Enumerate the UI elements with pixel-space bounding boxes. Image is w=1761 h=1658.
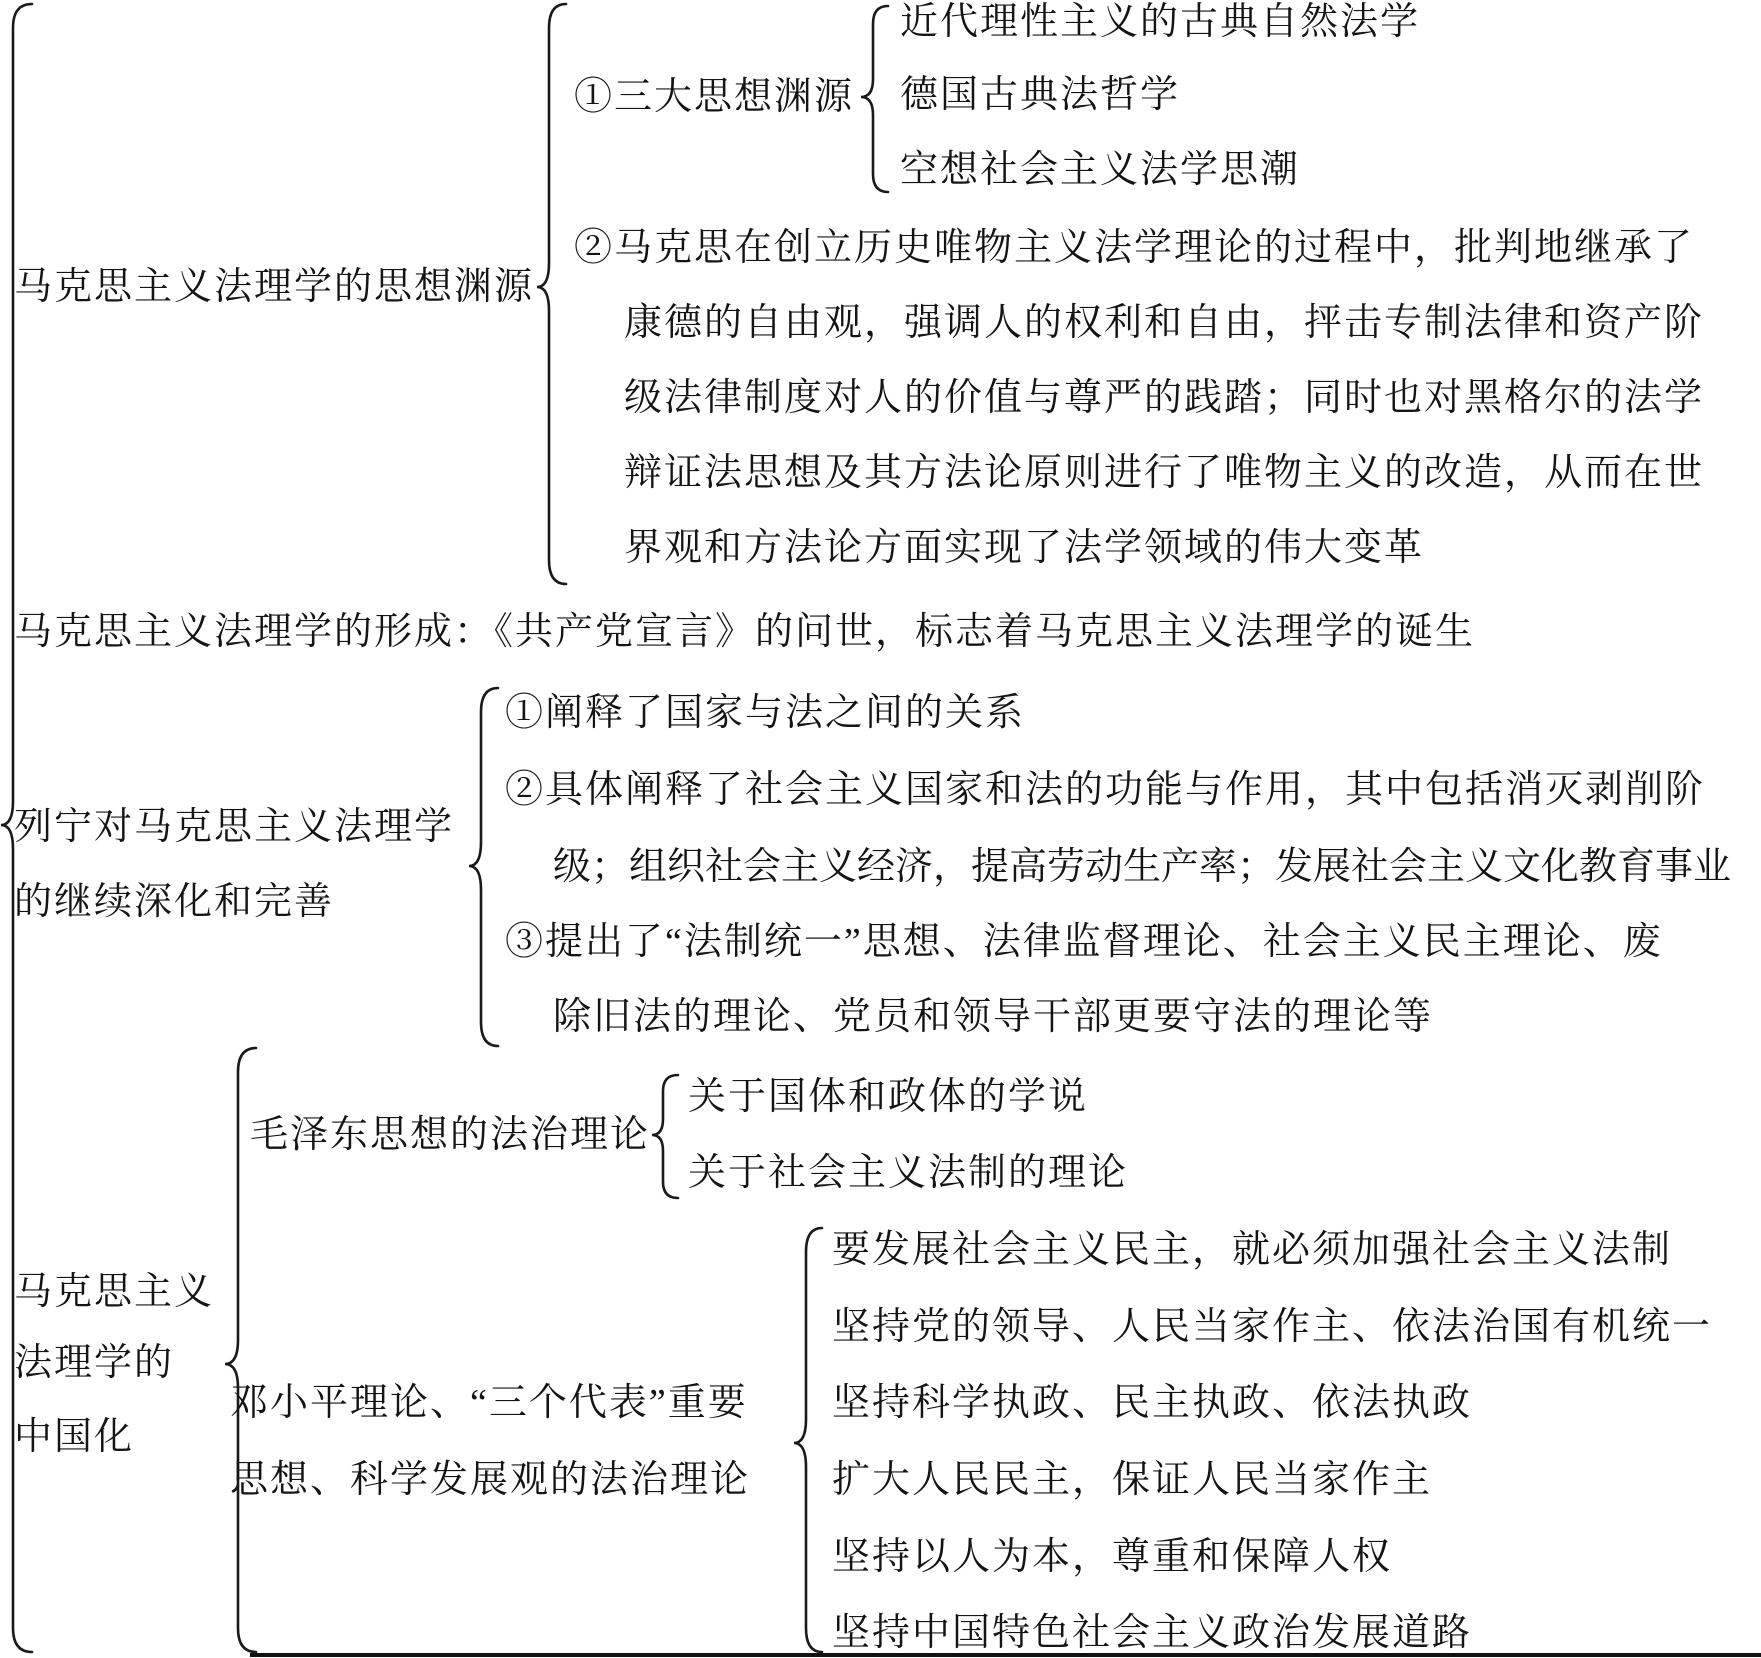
source-item-2: 德国古典法哲学 (900, 75, 1180, 115)
marx-paragraph-line-4: 辩证法思想及其方法论原则进行了唯物主义的改造，从而在世 (624, 453, 1704, 493)
brace-deng (794, 1228, 822, 1652)
deng-item-4: 扩大人民民主，保证人民当家作主 (832, 1460, 1432, 1500)
brace-three-sources (861, 6, 888, 192)
lenin-item-2-continued: 级；组织社会主义经济，提高劳动生产率；发展社会主义文化教育事业 (553, 847, 1731, 887)
sinicization-label-line-1: 马克思主义 (14, 1272, 214, 1312)
lenin-label-line-2: 的继续深化和完善 (14, 882, 334, 922)
deng-item-3: 坚持科学执政、民主执政、依法执政 (832, 1383, 1472, 1423)
marx-paragraph-line-5: 界观和方法论方面实现了法学领域的伟大变革 (624, 528, 1424, 568)
lenin-item-3-continued: 除旧法的理论、党员和领导干部更要守法的理论等 (553, 997, 1433, 1037)
sinicization-label-line-3: 中国化 (14, 1417, 134, 1457)
mao-item-2: 关于社会主义法制的理论 (688, 1153, 1128, 1193)
deng-label-line-2: 思想、科学发展观的法治理论 (230, 1460, 750, 1500)
deng-item-5: 坚持以人为本，尊重和保障人权 (832, 1537, 1392, 1577)
three-sources-label: ①三大思想渊源 (574, 77, 854, 117)
marx-paragraph-line-3: 级法律制度对人的价值与尊严的践踏；同时也对黑格尔的法学 (624, 378, 1704, 418)
mao-item-1: 关于国体和政体的学说 (688, 1077, 1088, 1117)
sinicization-label-line-2: 法理学的 (14, 1343, 174, 1383)
deng-item-6: 坚持中国特色社会主义政治发展道路 (832, 1613, 1472, 1653)
lenin-item-2: ②具体阐释了社会主义国家和法的功能与作用，其中包括消灭剥削阶 (505, 770, 1705, 810)
lenin-item-3: ③提出了“法制统一”思想、法律监督理论、社会主义民主理论、废 (505, 922, 1663, 962)
lenin-label-line-1: 列宁对马克思主义法理学 (14, 807, 454, 847)
deng-label-line-1: 邓小平理论、“三个代表”重要 (230, 1383, 748, 1423)
lenin-item-1: ①阐释了国家与法之间的关系 (505, 693, 1025, 733)
marx-paragraph-line-2: 康德的自由观，强调人的权利和自由，抨击专制法律和资产阶 (624, 303, 1704, 343)
marx-paragraph-line-1: ②马克思在创立历史唯物主义法学理论的过程中，批判地继承了 (574, 228, 1694, 268)
formation-line: 马克思主义法理学的形成：《共产党宣言》的问世，标志着马克思主义法理学的诞生 (14, 612, 1475, 652)
bottom-edge-line (250, 1653, 1761, 1657)
brace-lenin (469, 688, 498, 1046)
deng-item-1: 要发展社会主义民主，就必须加强社会主义法制 (832, 1230, 1672, 1270)
brace-origins (537, 4, 566, 584)
origins-label: 马克思主义法理学的思想渊源 (14, 267, 534, 307)
deng-item-2: 坚持党的领导、人民当家作主、依法治国有机统一 (832, 1307, 1712, 1347)
bracket-diagram-page: 马克思主义法理学的思想渊源 ①三大思想渊源 近代理性主义的古典自然法学 德国古典… (0, 0, 1761, 1658)
source-item-1: 近代理性主义的古典自然法学 (900, 2, 1420, 42)
brace-mao (652, 1075, 678, 1198)
source-item-3: 空想社会主义法学思潮 (900, 150, 1300, 190)
mao-label: 毛泽东思想的法治理论 (250, 1115, 650, 1155)
